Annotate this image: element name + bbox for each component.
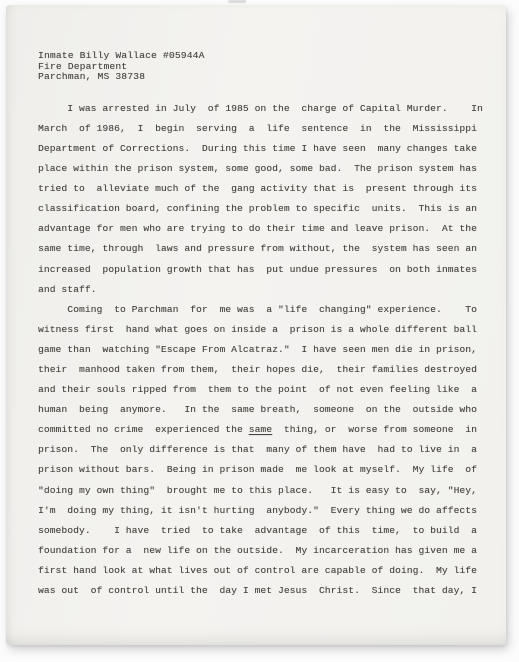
letter-line: and staff. [38,280,484,300]
letter-line: game than watching "Escape From Alcatraz… [38,340,484,360]
scan-smudge-artifact [228,0,246,3]
letter-line: place within the prison system, some goo… [38,159,484,179]
paragraph-1: I was arrested in July of 1985 on the ch… [38,99,484,300]
paragraph-2: Coming to Parchman for me was a "life ch… [38,300,484,601]
letter-line: I was arrested in July of 1985 on the ch… [38,99,484,119]
sender-name-line: Inmate Billy Wallace #05944A [38,51,484,62]
letter-line: witness first hand what goes on inside a… [38,320,484,340]
letter-line: somebody. I have tried to take advantage… [38,521,484,541]
letter-line: their manhood taken from them, their hop… [38,360,484,380]
letter-line: tried to alleviate much of the gang acti… [38,179,484,199]
letter-line: March of 1986, I begin serving a life se… [38,119,484,139]
letter-line: prison without bars. Being in prison mad… [38,460,484,480]
underlined-word: same [249,424,272,435]
letter-line: was out of control until the day I met J… [38,581,484,601]
letter-line: I'm doing my thing, it isn't hurting any… [38,501,484,521]
letter-line: Coming to Parchman for me was a "life ch… [38,300,484,320]
letter-line: advantage for men who are trying to do t… [38,219,484,239]
letter-line: classification board, confining the prob… [38,199,484,219]
letter-line-segment: committed no crime experienced the [38,424,249,435]
letter-body: I was arrested in July of 1985 on the ch… [38,99,484,601]
scanned-letter-page: Inmate Billy Wallace #05944A Fire Depart… [6,5,506,645]
letter-line: "doing my own thing" brought me to this … [38,481,484,501]
letter-line: increased population growth that has put… [38,260,484,280]
letter-line: foundation for a new life on the outside… [38,541,484,561]
scanned-document-view: Inmate Billy Wallace #05944A Fire Depart… [0,0,519,662]
letter-line: same time, through laws and pressure fro… [38,239,484,259]
sender-city-line: Parchman, MS 38738 [38,72,484,83]
letter-line: and their souls ripped from them to the … [38,380,484,400]
letter-content: Inmate Billy Wallace #05944A Fire Depart… [38,51,484,601]
sender-address-block: Inmate Billy Wallace #05944A Fire Depart… [38,51,484,83]
letter-line: first hand look at what lives out of con… [38,561,484,581]
letter-line: human being anymore. In the same breath,… [38,400,484,420]
letter-line-segment: thing, or worse from someone in [272,424,477,435]
letter-line: Department of Corrections. During this t… [38,139,484,159]
letter-line: prison. The only difference is that many… [38,440,484,460]
letter-line-with-underline: committed no crime experienced the same … [38,420,484,440]
